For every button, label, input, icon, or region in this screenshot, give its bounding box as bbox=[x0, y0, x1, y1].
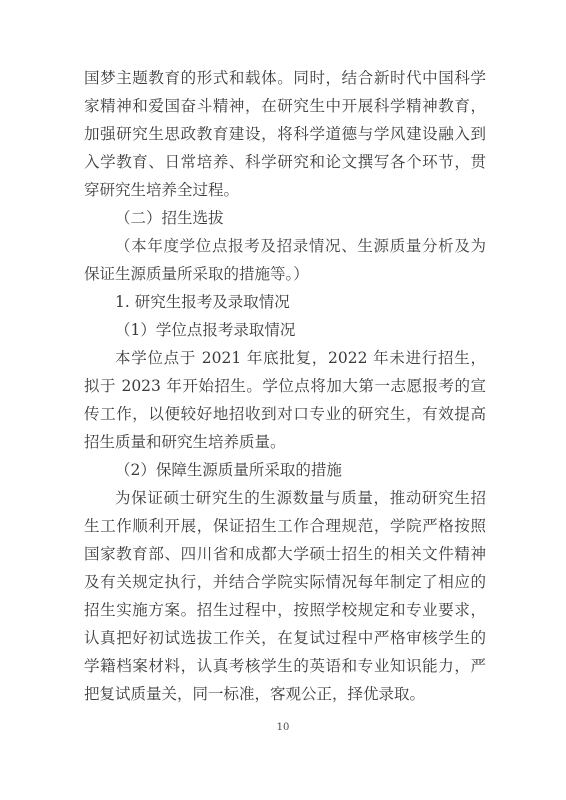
sub-heading-enrollment-status: （1）学位点报考录取情况 bbox=[84, 316, 486, 344]
body-paragraph-quality-measures: 为保证硕士研究生的生源数量与质量，推动研究生招生工作顺利开展，保证招生工作合理规… bbox=[84, 484, 486, 708]
document-page: 国梦主题教育的形式和载体。同时，结合新时代中国科学家精神和爱国奋斗精神，在研究生… bbox=[0, 0, 566, 800]
section-heading-admission-selection: （二）招生选拔 bbox=[84, 204, 486, 232]
sub-heading-quality-measures: （2）保障生源质量所采取的措施 bbox=[84, 456, 486, 484]
numbered-heading-report-admission: 1. 研究生报考及录取情况 bbox=[84, 288, 486, 316]
body-paragraph-continued: 国梦主题教育的形式和载体。同时，结合新时代中国科学家精神和爱国奋斗精神，在研究生… bbox=[84, 64, 486, 204]
page-number: 10 bbox=[0, 722, 566, 733]
note-paragraph: （本年度学位点报考及招录情况、生源质量分析及为保证生源质量所采取的措施等。） bbox=[84, 232, 486, 288]
body-paragraph-enrollment: 本学位点于 2021 年底批复，2022 年未进行招生，拟于 2023 年开始招… bbox=[84, 344, 486, 456]
document-body: 国梦主题教育的形式和载体。同时，结合新时代中国科学家精神和爱国奋斗精神，在研究生… bbox=[84, 64, 486, 708]
